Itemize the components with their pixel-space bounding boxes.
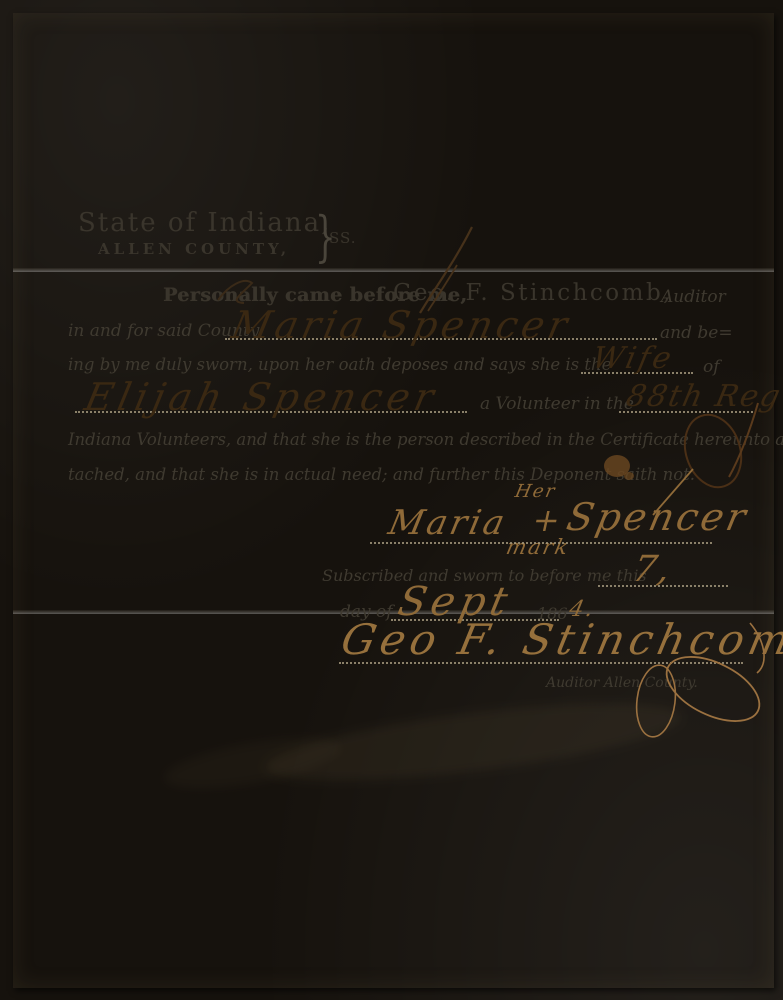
- form-line4-mid: a Volunteer in the: [480, 394, 634, 414]
- ss-abbreviation: SS.: [329, 229, 357, 247]
- official-title-printed: Auditor Allen County.: [546, 675, 698, 691]
- signature-line-deponent: [370, 542, 712, 544]
- handwritten-mark-word: mark: [504, 535, 572, 559]
- handwritten-her: Her: [513, 481, 558, 502]
- handwritten-mark-name-right: Spencer: [563, 495, 753, 539]
- scan-background: State of Indiana, } SS. ALLEN COUNTY, Pe…: [0, 0, 783, 1000]
- form-line3: ing by me duly sworn, upon her oath depo…: [68, 355, 611, 374]
- fold-crease-top: [13, 268, 774, 272]
- handwritten-regiment: 88th Reg: [623, 379, 783, 414]
- state-heading: State of Indiana,: [78, 208, 331, 238]
- form-line6: tached, and that she is in actual need; …: [68, 465, 695, 484]
- ink-bleedthrough-ghost: [161, 728, 345, 799]
- county-heading: ALLEN COUNTY,: [98, 240, 290, 258]
- form-line5: Indiana Volunteers, and that she is the …: [68, 430, 783, 449]
- handwritten-deponent-name: Maria Spencer: [228, 303, 575, 347]
- handwritten-soldier-name: Elijah Spencer: [81, 375, 443, 419]
- form-line2-post: and be=: [660, 323, 733, 343]
- form-line3-post: of: [703, 357, 720, 377]
- fold-crease-bottom: [13, 610, 774, 614]
- handwritten-mark-cross: +: [529, 501, 566, 539]
- signature-line-official: [339, 662, 743, 664]
- auditor-title-printed: Auditor: [661, 287, 726, 307]
- handwritten-official-signature: Geo F. Stinchcomb: [337, 615, 783, 664]
- handwritten-mark-name-left: Maria: [385, 503, 511, 543]
- paper-sheet: State of Indiana, } SS. ALLEN COUNTY, Pe…: [13, 13, 774, 988]
- handwritten-day: 7,: [629, 549, 676, 590]
- handwritten-relationship: Wife: [589, 341, 677, 376]
